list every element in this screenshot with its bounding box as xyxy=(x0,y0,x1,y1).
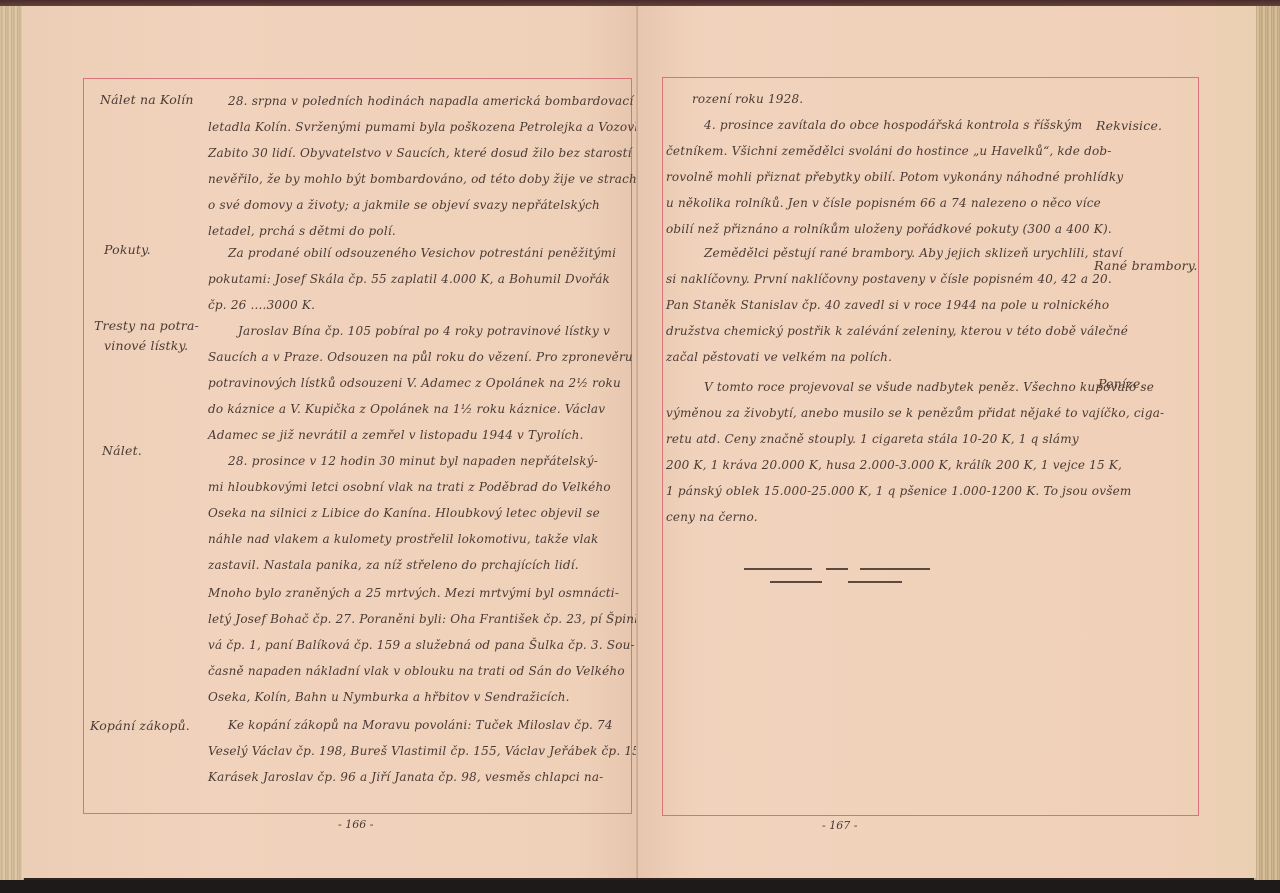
text-line: 28. srpna v poledních hodinách napadla a… xyxy=(228,94,633,108)
text-line: Jaroslav Bína čp. 105 pobíral po 4 roky … xyxy=(238,324,610,338)
text-line: Zemědělci pěstují rané brambory. Aby jej… xyxy=(704,246,1122,260)
text-line: obilí než přiznáno a rolníkům uloženy po… xyxy=(666,222,1112,236)
text-line: ceny na černo. xyxy=(666,510,758,524)
text-line: V tomto roce projevoval se všude nadbyte… xyxy=(704,380,1154,394)
margin-note: Pokuty. xyxy=(104,242,151,257)
text-line: o své domovy a životy; a jakmile se obje… xyxy=(208,198,600,212)
text-line: letadel, prchá s dětmi do polí. xyxy=(208,224,396,238)
text-line: 200 K, 1 kráva 20.000 K, husa 2.000-3.00… xyxy=(666,458,1122,472)
margin-note: Tresty na potra- xyxy=(94,318,199,333)
page-number: - 167 - xyxy=(822,819,857,832)
text-line: potravinových lístků odsouzeni V. Adamec… xyxy=(208,376,621,390)
text-line: Za prodané obilí odsouzeného Vesichov po… xyxy=(228,246,616,260)
text-line: rození roku 1928. xyxy=(692,92,803,106)
text-line: časně napaden nákladní vlak v oblouku na… xyxy=(208,664,625,678)
page-edges-right xyxy=(1254,6,1280,880)
closing-rule xyxy=(860,568,930,570)
text-line: Zabito 30 lidí. Obyvatelstvo v Saucích, … xyxy=(208,146,643,160)
text-line: čp. 26 ....3000 K. xyxy=(208,298,315,312)
text-line: Adamec se již nevrátil a zemřel v listop… xyxy=(208,428,584,442)
red-margin-frame xyxy=(662,77,1199,816)
text-line: vá čp. 1, paní Balíková čp. 159 a služeb… xyxy=(208,638,635,652)
text-line: 28. prosince v 12 hodin 30 minut byl nap… xyxy=(228,454,598,468)
book-cover-bottom xyxy=(0,880,1280,893)
text-line: Oseka, Kolín, Bahn u Nymburka a hřbitov … xyxy=(208,690,570,704)
text-line: začal pěstovati ve velkém na polích. xyxy=(666,350,892,364)
text-line: letadla Kolín. Svrženými pumami byla poš… xyxy=(208,120,649,134)
text-line: družstva chemický postřik k zalévání zel… xyxy=(666,324,1128,338)
closing-rule xyxy=(848,581,902,583)
text-line: Saucích a v Praze. Odsouzen na půl roku … xyxy=(208,350,633,364)
text-line: Oseka na silnici z Libice do Kanína. Hlo… xyxy=(208,506,600,520)
text-line: pokutami: Josef Skála čp. 55 zaplatil 4.… xyxy=(208,272,610,286)
text-line: letý Josef Bohač čp. 27. Poraněni byli: … xyxy=(208,612,653,626)
closing-rule xyxy=(744,568,812,570)
text-line: nevěřilo, že by mohlo být bombardováno, … xyxy=(208,172,645,186)
text-line: Pan Staněk Stanislav čp. 40 zavedl si v … xyxy=(666,298,1109,312)
text-line: do káznice a V. Kupička z Opolánek na 1½… xyxy=(208,402,605,416)
margin-note: vinové lístky. xyxy=(104,338,188,353)
closing-rule xyxy=(826,568,848,570)
left-page: Nálet na Kolín Pokuty. Tresty na potra- … xyxy=(22,6,638,878)
closing-rule xyxy=(770,581,822,583)
text-line: retu atd. Ceny značně stouply. 1 cigaret… xyxy=(666,432,1079,446)
text-line: Veselý Václav čp. 198, Bureš Vlastimil č… xyxy=(208,744,652,758)
text-line: mi hloubkovými letci osobní vlak na trat… xyxy=(208,480,611,494)
margin-note: Rekvisice. xyxy=(1096,118,1162,133)
text-line: rovolně mohli přiznat přebytky obilí. Po… xyxy=(666,170,1123,184)
margin-note: Nálet. xyxy=(102,443,142,458)
text-line: si naklíčovny. První naklíčovny postaven… xyxy=(666,272,1112,286)
margin-note: Rané brambory. xyxy=(1094,258,1198,273)
text-line: Karásek Jaroslav čp. 96 a Jiří Janata čp… xyxy=(208,770,603,784)
text-line: četníkem. Všichni zemědělci svoláni do h… xyxy=(666,144,1112,158)
right-page: Rekvisice. Rané brambory. Peníze. rození… xyxy=(638,6,1256,878)
page-edges-left xyxy=(0,6,24,880)
text-line: u několika rolníků. Jen v čísle popisném… xyxy=(666,196,1101,210)
margin-note: Nálet na Kolín xyxy=(100,92,194,107)
text-line: náhle nad vlakem a kulomety prostřelil l… xyxy=(208,532,599,546)
page-number: - 166 - xyxy=(338,818,373,831)
text-line: výměnou za živobytí, anebo musilo se k p… xyxy=(666,406,1164,420)
margin-note: Kopání zákopů. xyxy=(90,718,190,733)
text-line: 4. prosince zavítala do obce hospodářská… xyxy=(704,118,1082,132)
text-line: zastavil. Nastala panika, za níž střelen… xyxy=(208,558,579,572)
text-line: Ke kopání zákopů na Moravu povoláni: Tuč… xyxy=(228,718,613,732)
text-line: Mnoho bylo zraněných a 25 mrtvých. Mezi … xyxy=(208,586,619,600)
text-line: 1 pánský oblek 15.000-25.000 K, 1 q pšen… xyxy=(666,484,1131,498)
